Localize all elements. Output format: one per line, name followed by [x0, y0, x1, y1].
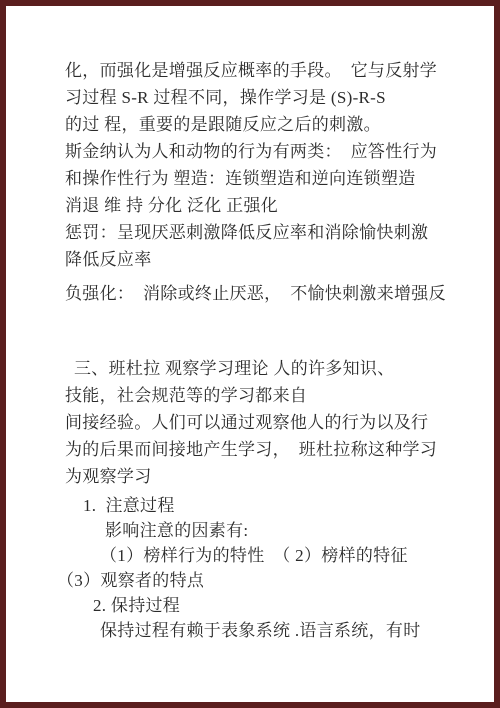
text-line: 为的后果而间接地产生学习， 班杜拉称这种学习 [65, 436, 454, 463]
text-line: 为观察学习 [65, 463, 454, 490]
text-line: 负强化： 消除或终止厌恶， 不愉快刺激来增强反 [65, 280, 454, 307]
text-line: （3）观察者的特点 [57, 568, 454, 593]
text-line: 习过程 S-R 过程不同，操作学习是 (S)-R-S [65, 84, 454, 111]
document-body: 化，而强化是增强反应概率的手段。 它与反射学 习过程 S-R 过程不同，操作学习… [6, 6, 494, 643]
text-line: 化，而强化是增强反应概率的手段。 它与反射学 [65, 57, 454, 84]
text-line: （1）榜样行为的特性 （ 2）榜样的特征 [65, 543, 454, 568]
document-page: 化，而强化是增强反应概率的手段。 它与反射学 习过程 S-R 过程不同，操作学习… [0, 0, 500, 708]
text-line: 消退 维 持 分化 泛化 正强化 [65, 192, 454, 219]
text-line: 降低反应率 [65, 246, 454, 273]
text-line: 影响注意的因素有: [65, 518, 454, 543]
text-line: 和操作性行为 塑造：连锁塑造和逆向连锁塑造 [65, 165, 454, 192]
section-heading: 三、班杜拉 观察学习理论 人的许多知识、 [65, 355, 454, 382]
text-line: 斯金纳认为人和动物的行为有两类： 应答性行为 [65, 138, 454, 165]
list-item-1: 1. 注意过程 [65, 493, 454, 518]
text-line: 技能，社会规范等的学习都来自 [65, 382, 454, 409]
text-line: 间接经验。人们可以通过观察他人的行为以及行 [65, 409, 454, 436]
text-line: 的过 程，重要的是跟随反应之后的刺激。 [65, 111, 454, 138]
list-item-2: 2. 保持过程 [65, 593, 454, 618]
text-line: 保持过程有赖于表象系统 .语言系统，有时 [65, 618, 454, 643]
text-line: 惩罚：呈现厌恶刺激降低反应率和消除愉快刺激 [65, 219, 454, 246]
